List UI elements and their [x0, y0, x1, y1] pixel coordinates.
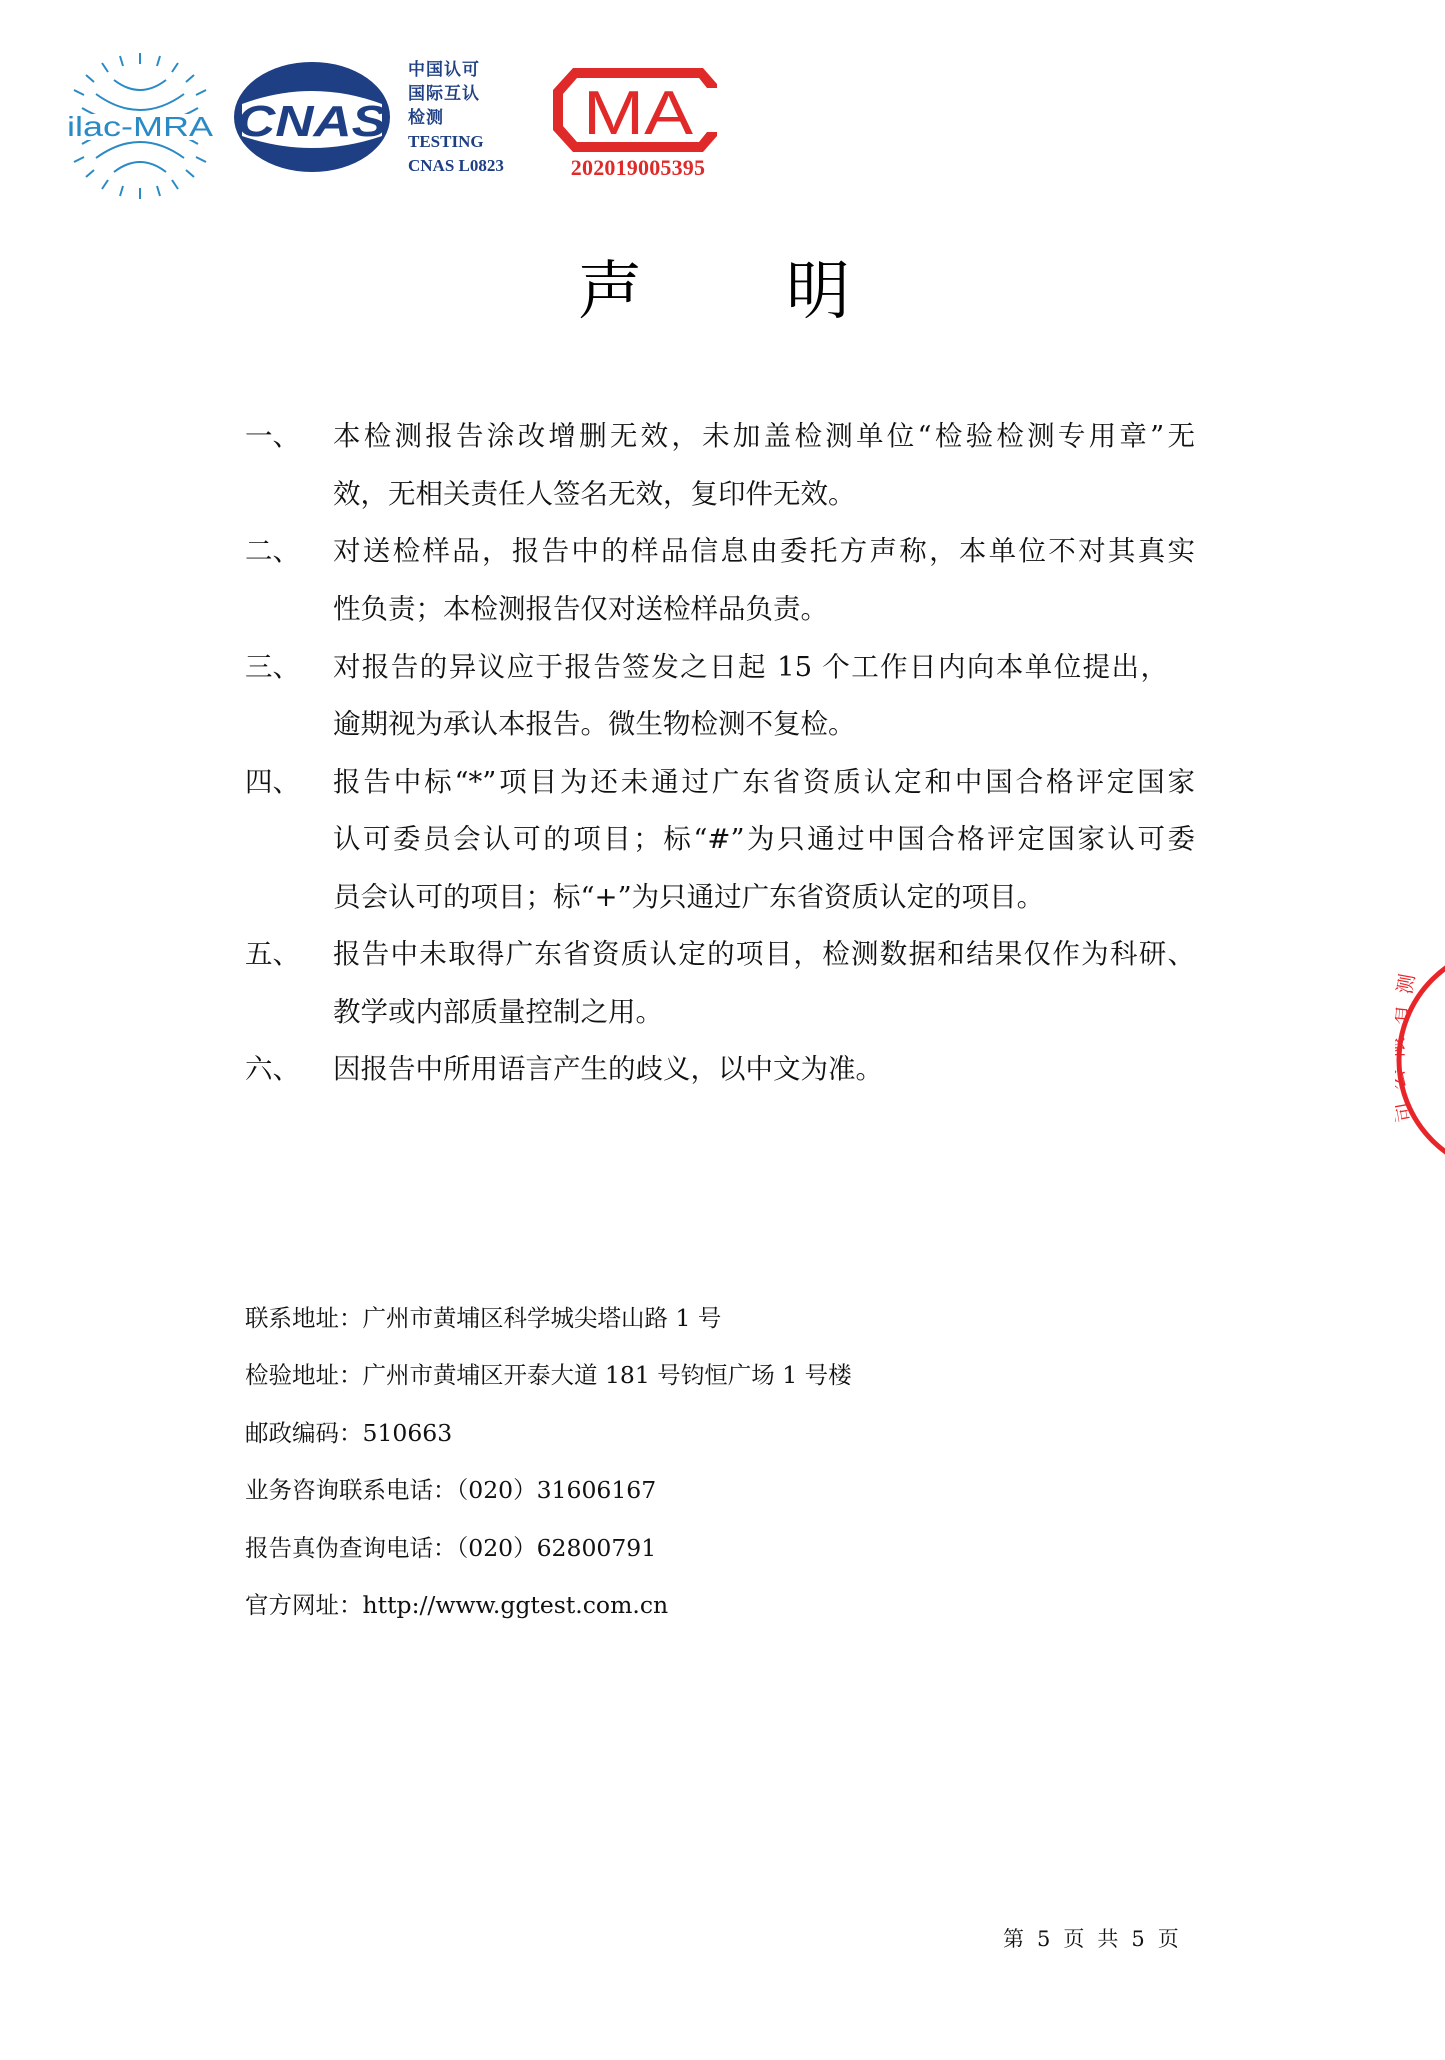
- svg-text:公: 公: [1395, 1069, 1410, 1091]
- svg-text:测: 测: [1395, 972, 1419, 996]
- cnas-text-line-2: 国际互认: [408, 82, 538, 106]
- page-word: 页: [1158, 1927, 1179, 1951]
- cnas-text-line-5: CNAS L0823: [408, 154, 538, 178]
- statement-line: 教学或内部质量控制之用。: [333, 994, 663, 1030]
- page-title: 声 明: [0, 252, 1445, 332]
- page-word: 页: [1063, 1927, 1084, 1951]
- statement-line: 逾期视为承认本报告。微生物检测不复检。: [333, 706, 856, 742]
- svg-text:司: 司: [1395, 1100, 1416, 1124]
- statement-line: 对报告的异议应于报告签发之日起 15 个工作日内向本单位提出，: [333, 649, 1168, 685]
- svg-text:ilac-MRA: ilac-MRA: [67, 111, 213, 142]
- statement-line: 因报告中所用语言产生的歧义，以中文为准。: [333, 1051, 883, 1087]
- company-seal-stamp: 测 有 限 公 司: [1395, 945, 1445, 1175]
- statement-line: 本检测报告涂改增删无效，未加盖检测单位“检验检测专用章”无: [333, 418, 1195, 454]
- statement-number: 二、: [245, 533, 325, 569]
- total-pages: 5: [1131, 1927, 1144, 1951]
- inspection-address: 检验地址：广州市黄埔区开泰大道 181 号钧恒广场 1 号楼: [245, 1357, 852, 1393]
- cnas-text-line-1: 中国认可: [408, 58, 538, 82]
- statement-number: 六、: [245, 1051, 325, 1087]
- statement-number: 五、: [245, 936, 325, 972]
- statement-number: 一、: [245, 418, 325, 454]
- cnas-text-line-3: 检测: [408, 106, 538, 130]
- title-char-1: 声: [578, 252, 642, 332]
- business-phone: 业务咨询联系电话：（020）31606167: [245, 1472, 656, 1508]
- svg-text:有: 有: [1395, 1003, 1412, 1025]
- total-word: 共: [1097, 1927, 1118, 1951]
- statement-line: 效，无相关责任人签名无效，复印件无效。: [333, 476, 856, 512]
- cma-certificate-number: 202019005395: [549, 156, 727, 180]
- ilac-mra-logo: ilac-MRA: [64, 50, 216, 202]
- postal-code: 邮政编码：510663: [245, 1415, 452, 1451]
- svg-text:限: 限: [1395, 1037, 1408, 1057]
- website-link[interactable]: 官方网址：http://www.ggtest.com.cn: [245, 1587, 668, 1623]
- svg-text:MA: MA: [583, 79, 694, 148]
- statement-line: 对送检样品，报告中的样品信息由委托方声称，本单位不对其真实: [333, 533, 1195, 569]
- page-number: 第5页共5页: [1003, 1924, 1192, 1954]
- svg-text:CNAS: CNAS: [237, 97, 387, 146]
- statement-line: 性负责；本检测报告仅对送检样品负责。: [333, 591, 828, 627]
- statement-number: 四、: [245, 764, 325, 800]
- cnas-accreditation-text: 中国认可 国际互认 检测 TESTING CNAS L0823: [408, 58, 538, 178]
- current-page: 5: [1037, 1927, 1050, 1951]
- page-word: 第: [1003, 1927, 1024, 1951]
- statement-line: 报告中标“*”项目为还未通过广东省资质认定和中国合格评定国家: [333, 764, 1195, 800]
- verification-phone: 报告真伪查询电话：（020）62800791: [245, 1530, 656, 1566]
- title-char-2: 明: [786, 252, 850, 332]
- cma-logo: MA: [549, 66, 727, 154]
- cnas-logo: CNAS: [232, 60, 392, 175]
- cnas-text-line-4: TESTING: [408, 130, 538, 154]
- statement-line: 报告中未取得广东省资质认定的项目，检测数据和结果仅作为科研、: [333, 936, 1195, 972]
- statement-line: 员会认可的项目；标“+”为只通过广东省资质认定的项目。: [333, 879, 1044, 915]
- statement-line: 认可委员会认可的项目；标“#”为只通过中国合格评定国家认可委: [333, 821, 1195, 857]
- statement-number: 三、: [245, 649, 325, 685]
- contact-address: 联系地址：广州市黄埔区科学城尖塔山路 1 号: [245, 1300, 721, 1336]
